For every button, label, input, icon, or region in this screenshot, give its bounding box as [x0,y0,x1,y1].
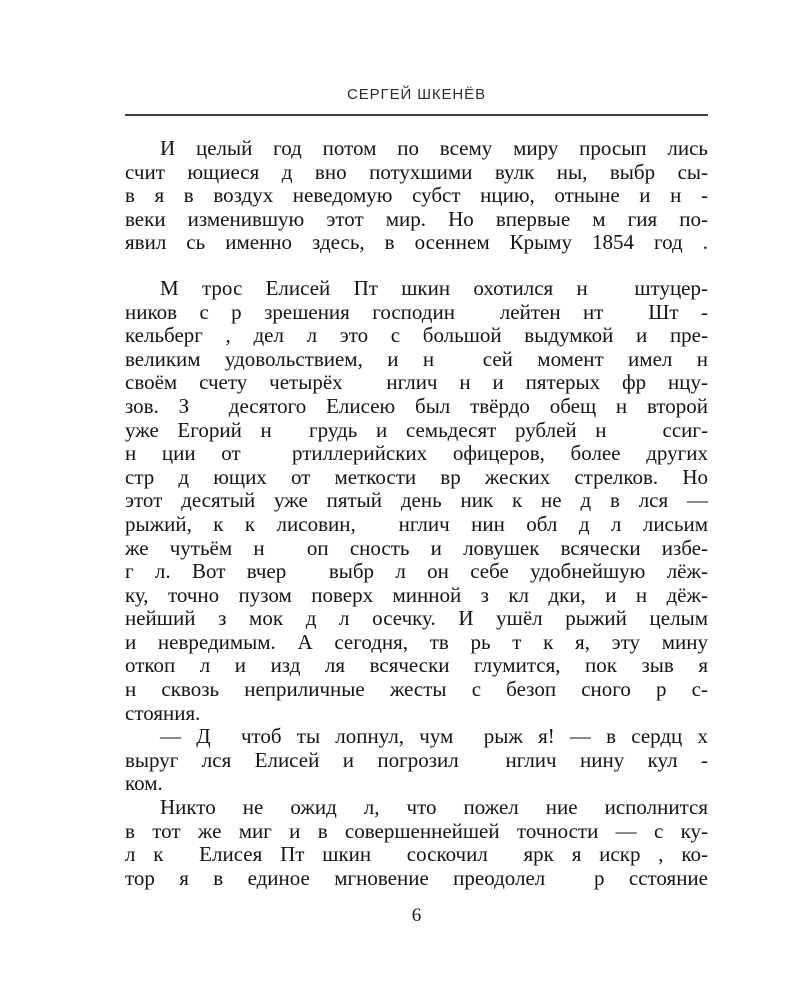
paragraph: И целый год потом по всему миру просып л… [125,137,708,255]
paragraph: Никто не ожид л, что пожел ние исполнитс… [125,796,708,890]
paragraph: — Д чтоб ты лопнул, чум рыж я! — в сердц… [125,725,708,796]
running-header: СЕРГЕЙ ШКЕНЁВ [125,86,708,103]
page-body: И целый год потом по всему миру просып л… [125,137,708,890]
paragraph: М трос Елисей Пт шкин охотился н штуцер-… [125,277,708,725]
page-number: 6 [125,905,708,927]
header-rule [125,114,708,116]
book-page: СЕРГЕЙ ШКЕНЁВ И целый год потом по всему… [0,0,800,1000]
author-name: СЕРГЕЙ ШКЕНЁВ [347,86,486,103]
